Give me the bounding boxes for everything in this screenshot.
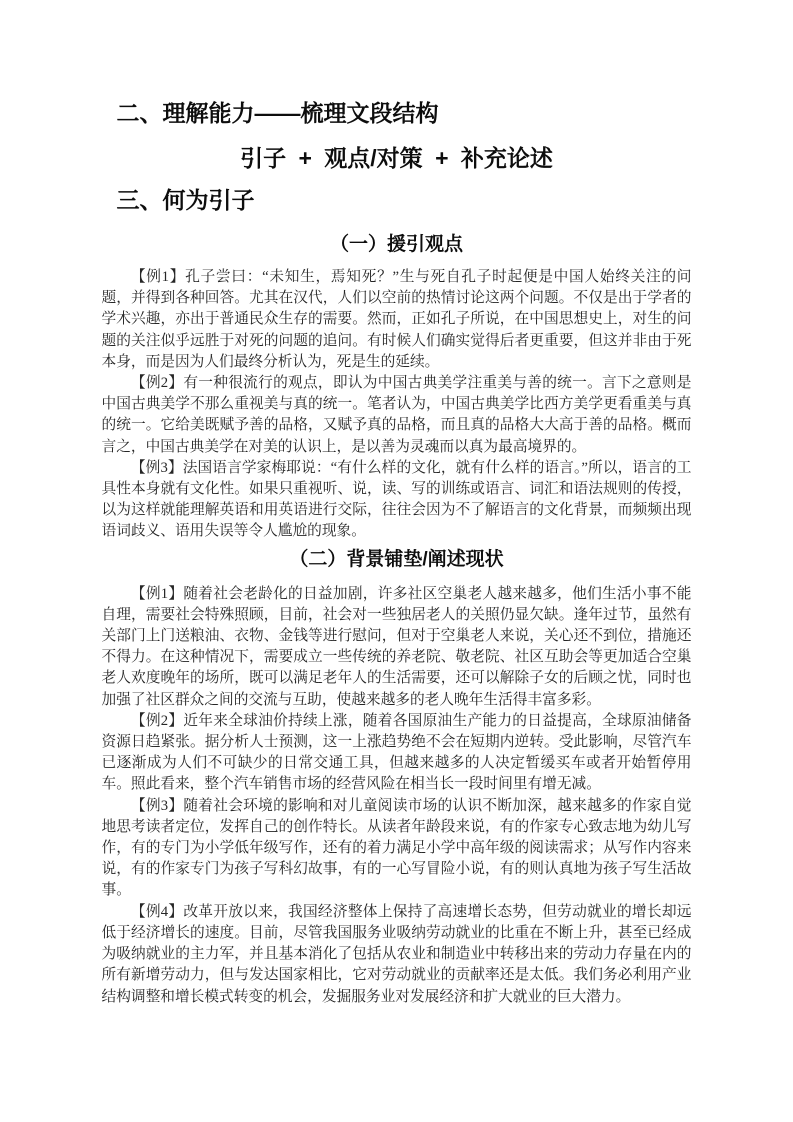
example-text: 孔子尝曰：“未知生，焉知死？”生与死自孔子时起便是中国人始终关注的问题，并得到各… (102, 269, 692, 370)
section-2-title: （二）背景铺垫/阐述现状 (102, 548, 692, 571)
example-label: 【例1】 (131, 586, 183, 602)
example-label: 【例2】 (131, 375, 183, 391)
example-label: 【例4】 (131, 904, 183, 920)
document-sheet: 二、理解能力——梳理文段结构 引子 + 观点/对策 + 补充论述 三、何为引子 … (102, 0, 692, 1008)
section-1-example-1: 【例1】孔子尝曰：“未知生，焉知死？”生与死自孔子时起便是中国人始终关注的问题，… (102, 267, 692, 373)
example-text: 随着社会环境的影响和对儿童阅读市场的认识不断加深，越来越多的作家自觉地思考读者定… (102, 798, 692, 899)
section-2-example-1: 【例1】随着社会老龄化的日益加剧，许多社区空巢老人越来越多，他们生活小事不能自理… (102, 584, 692, 711)
example-label: 【例3】 (131, 460, 183, 476)
example-text: 随着社会老龄化的日益加剧，许多社区空巢老人越来越多，他们生活小事不能自理，需要社… (102, 586, 692, 708)
example-text: 改革开放以来，我国经济整体上保持了高速增长态势，但劳动就业的增长却远低于经济增长… (102, 904, 692, 1005)
section-1-example-2: 【例2】有一种很流行的观点，即认为中国古典美学注重美与善的统一。言下之意则是中国… (102, 373, 692, 458)
section-2-example-4: 【例4】改革开放以来，我国经济整体上保持了高速增长态势，但劳动就业的增长却远低于… (102, 902, 692, 1008)
section-2-example-3: 【例3】随着社会环境的影响和对儿童阅读市场的认识不断加深，越来越多的作家自觉地思… (102, 796, 692, 902)
main-heading-comprehension: 二、理解能力——梳理文段结构 (117, 100, 692, 126)
example-label: 【例1】 (131, 269, 185, 285)
example-text: 近年来全球油价持续上涨，随着各国原油生产能力的日益提高，全球原油储备资源日趋紧张… (102, 713, 692, 793)
example-label: 【例3】 (131, 798, 183, 814)
example-label: 【例2】 (131, 713, 183, 729)
section-1-title: （一）援引观点 (102, 233, 692, 256)
example-text: 法国语言学家梅耶说：“有什么样的文化，就有什么样的语言。”所以，语言的工具性本身… (102, 460, 692, 540)
section-1-example-3: 【例3】法国语言学家梅耶说：“有什么样的文化，就有什么样的语言。”所以，语言的工… (102, 458, 692, 543)
document-page: { "doc": { "heading_understanding": "二、理… (0, 0, 793, 1122)
example-text: 有一种很流行的观点，即认为中国古典美学注重美与善的统一。言下之意则是中国古典美学… (102, 375, 692, 455)
section-2-example-2: 【例2】近年来全球油价持续上涨，随着各国原油生产能力的日益提高，全球原油储备资源… (102, 711, 692, 796)
main-heading-what-is-intro: 三、何为引子 (117, 187, 692, 213)
structure-formula-line: 引子 + 观点/对策 + 补充论述 (102, 145, 692, 171)
